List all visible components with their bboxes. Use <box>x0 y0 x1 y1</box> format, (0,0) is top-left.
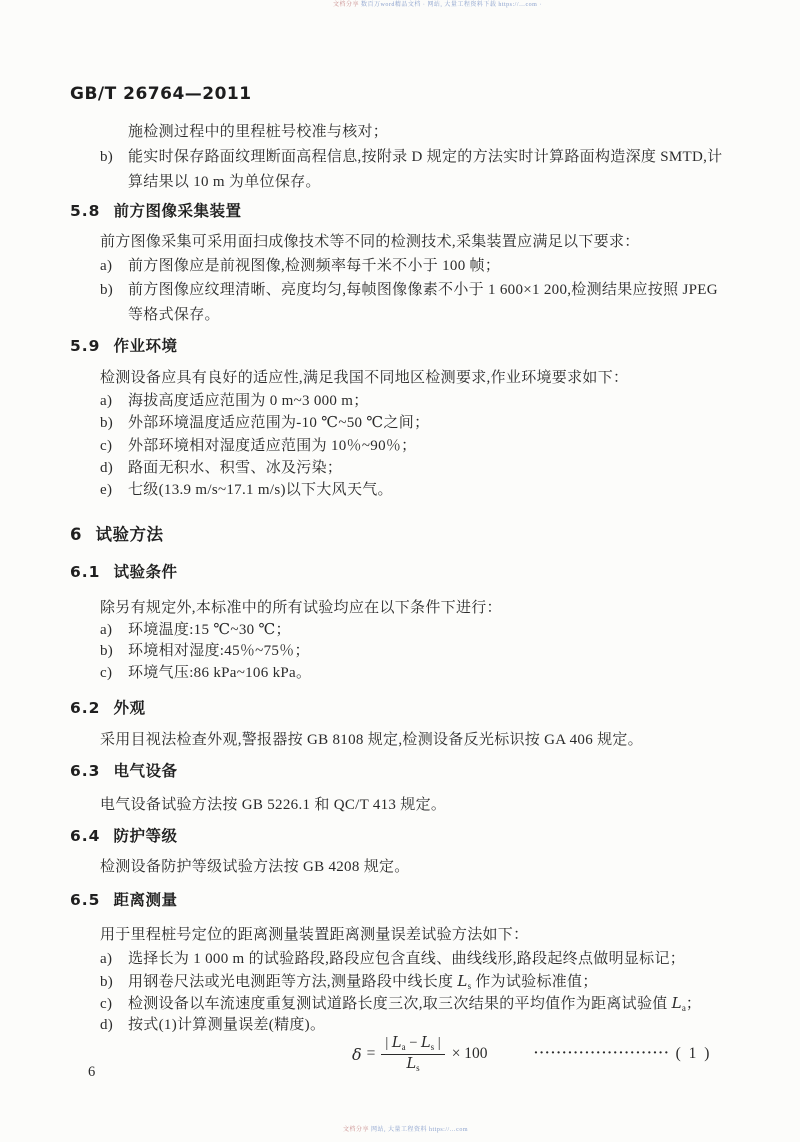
heading-title: 防护等级 <box>113 827 177 845</box>
page-number: 6 <box>88 1064 95 1081</box>
s61-item-b: b)环境相对湿度:45％~75％； <box>100 641 310 661</box>
prev-item-continuation: 施检测过程中的里程桩号校准与核对； <box>128 122 388 142</box>
list-text: 环境相对湿度:45％~75％； <box>128 643 310 659</box>
list-label: d) <box>100 458 128 478</box>
heading-5-8: 5.8前方图像采集装置 <box>70 201 241 221</box>
list-text: 环境温度:15 ℃~30 ℃； <box>128 622 291 638</box>
list-label: c) <box>100 663 128 683</box>
watermark-bottom-red-text: 文档分享 <box>343 1127 369 1133</box>
list-label: b) <box>100 641 128 661</box>
heading-number: 6.2 <box>70 698 100 718</box>
heading-6-2: 6.2外观 <box>70 698 145 718</box>
variable-subscript: s <box>416 1063 420 1073</box>
s63-para: 电气设备试验方法按 GB 5226.1 和 QC/T 413 规定。 <box>100 795 446 815</box>
list-label: a) <box>100 620 128 640</box>
prev-item-b: b)能实时保存路面纹理断面高程信息,按附录 D 规定的方法实时计算路面构造深度 … <box>100 147 722 167</box>
s58-intro: 前方图像采集可采用面扫成像技术等不同的检测技术,采集装置应满足以下要求： <box>100 232 640 252</box>
list-label: b) <box>100 147 128 167</box>
formula-1: δ = | La − Ls | Ls × 100 ···············… <box>352 1036 711 1072</box>
list-text: 能实时保存路面纹理断面高程信息,按附录 D 规定的方法实时计算路面构造深度 SM… <box>128 149 722 165</box>
heading-6-5: 6.5距离测量 <box>70 890 177 910</box>
abs-bar: | <box>438 1035 441 1051</box>
list-text: ； <box>686 996 701 1012</box>
s58-item-b-cont: 等格式保存。 <box>128 305 220 325</box>
variable-L: L <box>421 1035 431 1051</box>
prev-item-b-cont: 算结果以 10 m 为单位保存。 <box>128 172 321 192</box>
s59-intro: 检测设备应具有良好的适应性,满足我国不同地区检测要求,作业环境要求如下： <box>100 368 628 388</box>
list-label: d) <box>100 1015 128 1035</box>
list-label: c) <box>100 436 128 456</box>
s59-item-c: c)外部环境相对湿度适应范围为 10％~90％； <box>100 436 416 456</box>
list-text: 路面无积水、积雪、冰及污染； <box>128 460 342 476</box>
s58-item-a: a)前方图像应是前视图像,检测频率每千米不小于 100 帧； <box>100 256 500 276</box>
s59-item-a: a)海拔高度适应范围为 0 m~3 000 m； <box>100 391 369 411</box>
list-text: 检测设备以车流速度重复测试道路长度三次,取三次结果的平均值作为距离试验值 <box>128 996 672 1012</box>
variable-L: L <box>457 972 467 990</box>
list-text: 选择长为 1 000 m 的试验路段,路段应包含直线、曲线线形,路段起终点做明显… <box>128 951 685 967</box>
s62-para: 采用目视法检查外观,警报器按 GB 8108 规定,检测设备反光标识按 GA 4… <box>100 730 643 750</box>
s58-item-b: b)前方图像应纹理清晰、亮度均匀,每帧图像像素不小于 1 600×1 200,检… <box>100 280 718 300</box>
s61-item-c: c)环境气压:86 kPa~106 kPa。 <box>100 663 311 683</box>
list-text: 前方图像应是前视图像,检测频率每千米不小于 100 帧； <box>128 258 500 274</box>
heading-title: 试验条件 <box>113 563 177 581</box>
heading-5-9: 5.9作业环境 <box>70 336 177 356</box>
heading-title: 试验方法 <box>95 525 163 544</box>
heading-title: 电气设备 <box>113 762 177 780</box>
heading-number: 6.4 <box>70 826 100 846</box>
s65-item-d: d)按式(1)计算测量误差(精度)。 <box>100 1015 325 1035</box>
watermark-top-red-text: 文档分享 <box>333 2 359 8</box>
variable-L: L <box>406 1056 416 1072</box>
watermark-top: 文档分享 数百万word精品文档 · 网站, 大量工程资料下载 https://… <box>333 2 542 9</box>
list-text: 用钢卷尺法或光电测距等方法,测量路段中线长度 <box>128 974 457 990</box>
s59-item-e: e)七级(13.9 m/s~17.1 m/s)以下大风天气。 <box>100 480 393 500</box>
formula-delta: δ <box>352 1045 362 1064</box>
list-label: c) <box>100 994 128 1014</box>
list-label: e) <box>100 480 128 500</box>
s61-intro: 除另有规定外,本标准中的所有试验均应在以下条件下进行： <box>100 598 502 618</box>
heading-number: 5.9 <box>70 336 100 356</box>
fraction-denominator: Ls <box>406 1055 419 1073</box>
watermark-bottom-blue-text: 网站, 大量工程资料 https://…com <box>371 1127 468 1133</box>
heading-title: 前方图像采集装置 <box>113 202 241 220</box>
variable-L: L <box>392 1035 402 1051</box>
list-text: 作为试验标准值； <box>471 974 597 990</box>
watermark-top-blue-text: 数百万word精品文档 · 网站, 大量工程资料下载 https://…com … <box>361 2 542 8</box>
list-label: a) <box>100 949 128 969</box>
standard-number: GB/T 26764—2011 <box>70 84 252 104</box>
heading-6-1: 6.1试验条件 <box>70 562 177 582</box>
s59-item-b: b)外部环境温度适应范围为-10 ℃~50 ℃之间； <box>100 413 429 433</box>
list-text: 七级(13.9 m/s~17.1 m/s)以下大风天气。 <box>128 482 393 498</box>
heading-title: 外观 <box>113 699 145 717</box>
s61-item-a: a)环境温度:15 ℃~30 ℃； <box>100 620 291 640</box>
list-label: a) <box>100 256 128 276</box>
variable-subscript: s <box>431 1042 435 1052</box>
s64-para: 检测设备防护等级试验方法按 GB 4208 规定。 <box>100 857 410 877</box>
watermark-bottom: 文档分享 网站, 大量工程资料 https://…com <box>343 1127 468 1134</box>
list-text: 环境气压:86 kPa~106 kPa。 <box>128 665 311 681</box>
s59-item-d: d)路面无积水、积雪、冰及污染； <box>100 458 342 478</box>
list-label: b) <box>100 280 128 300</box>
heading-number: 5.8 <box>70 201 100 221</box>
document-page: 文档分享 数百万word精品文档 · 网站, 大量工程资料下载 https://… <box>0 0 800 1142</box>
dotted-leader: ························ <box>534 1046 670 1062</box>
heading-title: 作业环境 <box>113 337 177 355</box>
formula-times-100: × 100 <box>452 1045 488 1063</box>
list-text: 外部环境相对湿度适应范围为 10％~90％； <box>128 438 416 454</box>
heading-number: 6.5 <box>70 890 100 910</box>
abs-bar: | <box>385 1035 388 1051</box>
equation-number: ( 1 ) <box>676 1045 712 1063</box>
list-label: b) <box>100 413 128 433</box>
heading-6: 6试验方法 <box>70 525 163 545</box>
list-text: 外部环境温度适应范围为-10 ℃~50 ℃之间； <box>128 415 429 431</box>
list-label: a) <box>100 391 128 411</box>
list-text: 按式(1)计算测量误差(精度)。 <box>128 1017 325 1033</box>
formula-fraction: | La − Ls | Ls <box>381 1035 444 1073</box>
heading-number: 6.3 <box>70 761 100 781</box>
list-text: 海拔高度适应范围为 0 m~3 000 m； <box>128 393 369 409</box>
list-text: 前方图像应纹理清晰、亮度均匀,每帧图像像素不小于 1 600×1 200,检测结… <box>128 282 718 298</box>
heading-6-3: 6.3电气设备 <box>70 761 177 781</box>
list-label: b) <box>100 972 128 992</box>
minus-sign: − <box>406 1035 421 1051</box>
heading-number: 6 <box>70 525 82 545</box>
fraction-numerator: | La − Ls | <box>381 1035 444 1054</box>
heading-title: 距离测量 <box>113 891 177 909</box>
s65-item-a: a)选择长为 1 000 m 的试验路段,路段应包含直线、曲线线形,路段起终点做… <box>100 949 685 969</box>
heading-6-4: 6.4防护等级 <box>70 826 177 846</box>
s65-intro: 用于里程桩号定位的距离测量装置距离测量误差试验方法如下： <box>100 925 528 945</box>
heading-number: 6.1 <box>70 562 100 582</box>
formula-equals: = <box>367 1045 376 1063</box>
variable-L: L <box>672 994 682 1012</box>
